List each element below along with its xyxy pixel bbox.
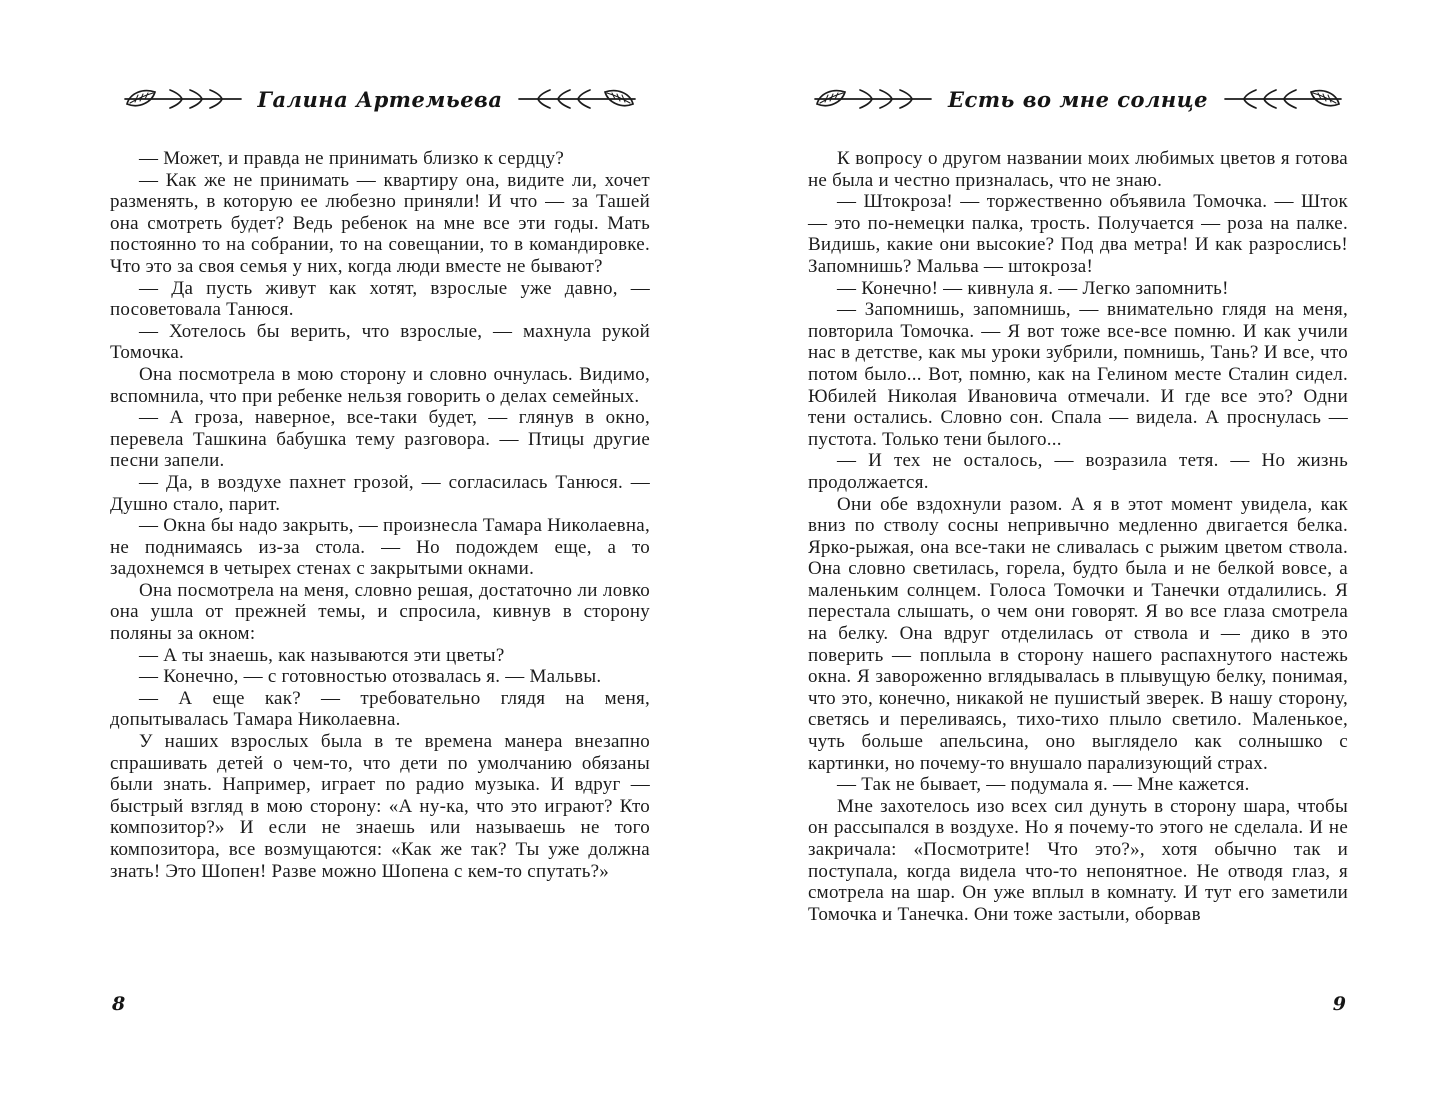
leaf-branch-ornament-icon (124, 86, 242, 112)
paragraph: — Штокроза! — торжественно объявила Томо… (808, 191, 1348, 277)
paragraph: К вопросу о другом названии моих любимых… (808, 148, 1348, 191)
page-number: 8 (112, 993, 125, 1015)
paragraph: — Да пусть живут как хотят, взрослые уже… (110, 278, 650, 321)
paragraph: — А гроза, наверное, все-таки будет, — г… (110, 407, 650, 472)
paragraph: Она посмотрела на меня, словно решая, до… (110, 580, 650, 645)
body-text-left: — Может, и правда не принимать близко к … (110, 148, 650, 882)
paragraph: — Конечно, — с готовностью отозвалась я.… (110, 666, 650, 688)
paragraph: — Так не бывает, — подумала я. — Мне каж… (808, 774, 1348, 796)
running-head-author: Галина Артемьева (258, 87, 503, 112)
page-left: Галина Артемьева — Может, и правда не пр… (110, 0, 650, 1096)
paragraph: — Как же не принимать — квартиру она, ви… (110, 170, 650, 278)
paragraph: Мне захотелось изо всех сил дунуть в сто… (808, 796, 1348, 926)
paragraph: — А еще как? — требовательно глядя на ме… (110, 688, 650, 731)
paragraph: — А ты знаешь, как называются эти цветы? (110, 645, 650, 667)
paragraph: Они обе вздохнули разом. А я в этот моме… (808, 494, 1348, 775)
paragraph: — Да, в воздухе пахнет грозой, — согласи… (110, 472, 650, 515)
page-right: Есть во мне солнце К вопросу о другом на… (808, 0, 1348, 1096)
paragraph: — Конечно! — кивнула я. — Легко запомнит… (808, 278, 1348, 300)
page-number: 9 (1333, 993, 1346, 1015)
paragraph: У наших взрослых была в те времена манер… (110, 731, 650, 882)
paragraph: — Может, и правда не принимать близко к … (110, 148, 650, 170)
running-head-right: Есть во мне солнце (808, 84, 1348, 114)
leaf-branch-ornament-icon (814, 86, 932, 112)
body-text-right: К вопросу о другом названии моих любимых… (808, 148, 1348, 925)
running-head-book-title: Есть во мне солнце (948, 87, 1208, 112)
book-spread: Галина Артемьева — Может, и правда не пр… (0, 0, 1445, 1096)
leaf-branch-ornament-icon (518, 86, 636, 112)
paragraph: Она посмотрела в мою сторону и словно оч… (110, 364, 650, 407)
running-head-left: Галина Артемьева (110, 84, 650, 114)
paragraph: — Запомнишь, запомнишь, — внимательно гл… (808, 299, 1348, 450)
paragraph: — И тех не осталось, — возразила тетя. —… (808, 450, 1348, 493)
paragraph: — Окна бы надо закрыть, — произнесла Там… (110, 515, 650, 580)
paragraph: — Хотелось бы верить, что взрослые, — ма… (110, 321, 650, 364)
leaf-branch-ornament-icon (1224, 86, 1342, 112)
